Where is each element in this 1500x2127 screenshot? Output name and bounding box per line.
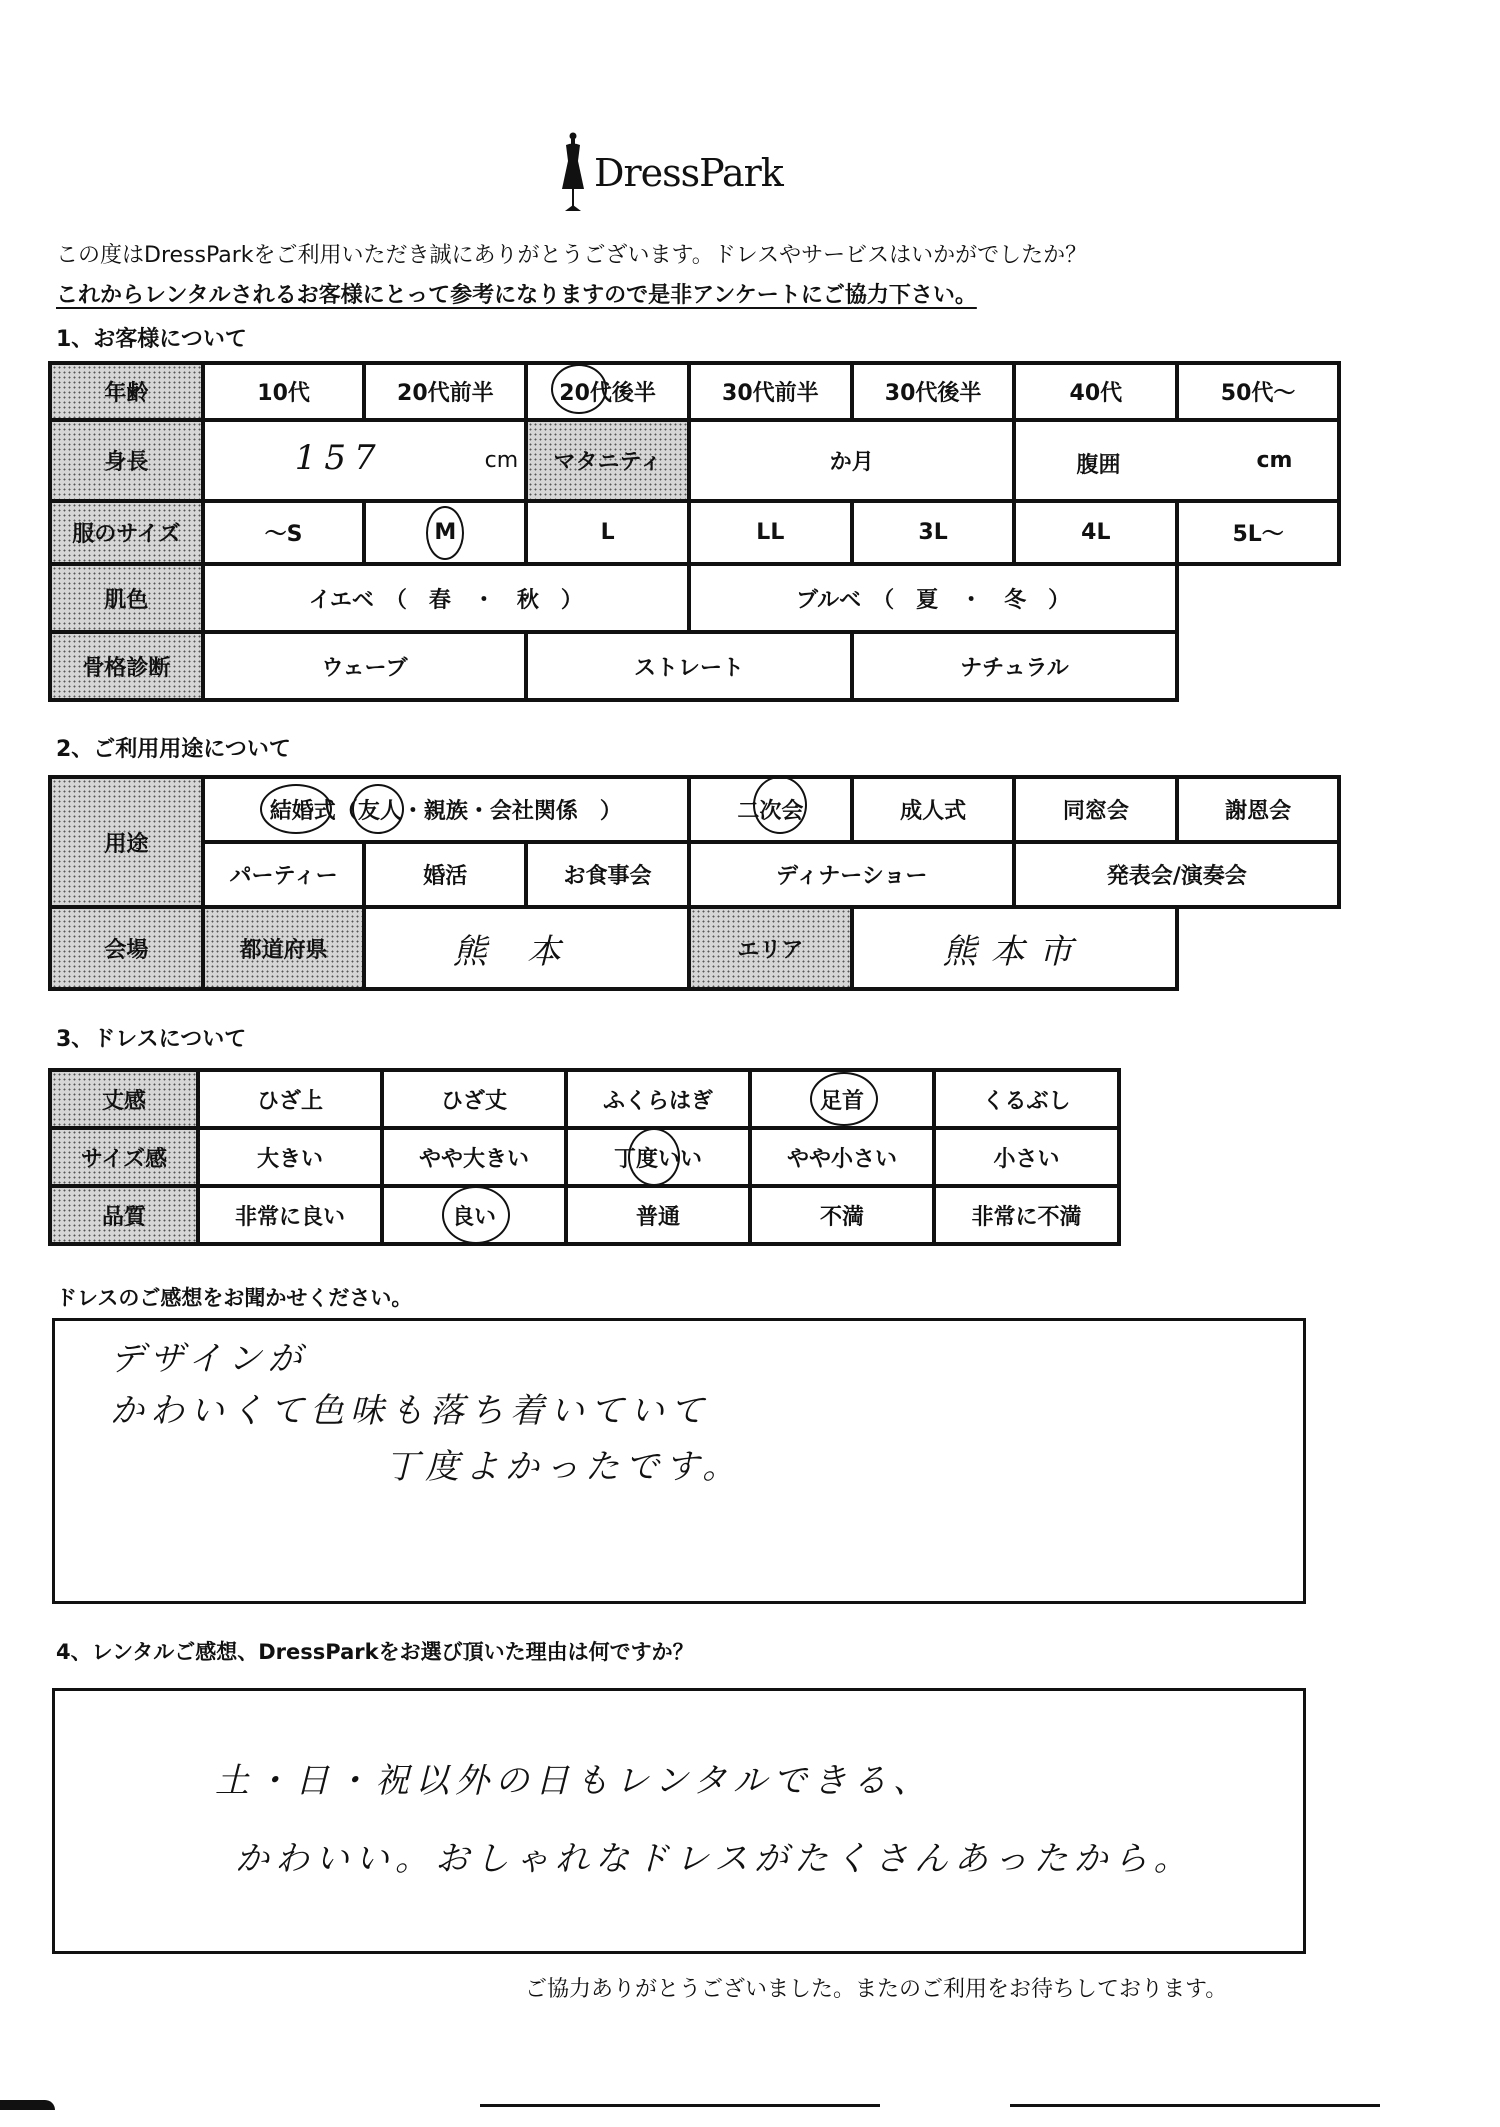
venue-label: 会場 [50,907,203,989]
height-label: 身長 [50,420,203,501]
purpose-dinner-show[interactable]: ディナーショー [689,842,1015,907]
quality-average[interactable]: 普通 [566,1186,750,1244]
area-field[interactable]: 熊本市 [852,907,1178,989]
height-unit: cm [485,448,519,473]
dress-feedback-textarea[interactable]: デザインが かわいくて色味も落ち着いていて 丁度よかったです。 [52,1318,1306,1604]
age-option-late-20s[interactable]: 20代後半 [526,363,689,420]
age-option-50s-plus[interactable]: 50代〜 [1177,363,1339,420]
rental-reason-textarea[interactable]: 土・日・祝以外の日もレンタルできる、 かわいい。おしゃれなドレスがたくさんあった… [52,1688,1306,1954]
venue-row: 会場 都道府県 熊本 エリア 熊本市 [50,907,1339,989]
purpose-reunion[interactable]: 同窓会 [1014,777,1177,842]
size-feel-slightly-large[interactable]: やや大きい [382,1128,566,1186]
age-option-early-30s[interactable]: 30代前半 [689,363,852,420]
length-option-ankle-label: 足首 [820,1089,864,1114]
wedding-friend-label: 友人 [358,799,402,824]
quality-very-unsatisfied[interactable]: 非常に不満 [934,1186,1119,1244]
age-option-40s[interactable]: 40代 [1014,363,1177,420]
size-feel-row: サイズ感 大きい やや大きい 丁度いい やや小さい 小さい [50,1128,1119,1186]
purpose-row-2: パーティー 婚活 お食事会 ディナーショー 発表会/演奏会 [50,842,1339,907]
maternity-label: マタニティ [526,420,689,501]
rental-reason-line-2: かわいい。おしゃれなドレスがたくさんあったから。 [235,1831,1194,1880]
body-type-row: 骨格診断 ウェーブ ストレート ナチュラル [50,632,1339,700]
clothing-size-label: 服のサイズ [50,501,203,564]
body-type-natural[interactable]: ナチュラル [852,632,1178,700]
prefecture-field[interactable]: 熊本 [364,907,689,989]
height-value: 157 [295,438,384,478]
size-feel-just-right[interactable]: 丁度いい [566,1128,750,1186]
after-party-label: 二次会 [737,799,803,824]
size-feel-slightly-small[interactable]: やや小さい [750,1128,934,1186]
dress-mannequin-icon [560,131,586,215]
section3-title: 3、ドレスについて [56,1022,246,1053]
dress-feedback-line-2: かわいくて色味も落ち着いていて [110,1383,710,1432]
quality-unsatisfied[interactable]: 不満 [750,1186,934,1244]
dress-feedback-question: ドレスのご感想をお聞かせください。 [56,1282,412,1312]
size-feel-large[interactable]: 大きい [198,1128,382,1186]
size-option-s[interactable]: 〜S [203,501,365,564]
purpose-wedding[interactable]: 結婚式（ 友人 ・親族・会社関係 ） [203,777,689,842]
age-option-10s[interactable]: 10代 [203,363,365,420]
scan-artifact [0,2100,55,2110]
purpose-dinner-party[interactable]: お食事会 [526,842,689,907]
skin-color-blue-base[interactable]: ブルベ （ 夏 ・ 冬 ） [689,564,1177,632]
size-option-4l[interactable]: 4L [1014,501,1177,564]
waist-label: 腹囲 [1076,448,1120,479]
area-label: エリア [689,907,852,989]
length-option-knee[interactable]: ひざ丈 [382,1070,566,1128]
quality-good[interactable]: 良い [382,1186,566,1244]
skin-color-row: 肌色 イエベ （ 春 ・ 秋 ） ブルベ （ 夏 ・ 冬 ） [50,564,1339,632]
dress-feedback-line-1: デザインが [110,1331,308,1380]
wedding-label: 結婚式（ [270,799,358,824]
prefecture-value: 熊本 [453,932,601,972]
size-option-m[interactable]: M [364,501,526,564]
quality-row: 品質 非常に良い 良い 普通 不満 非常に不満 [50,1186,1119,1244]
height-row: 身長 157 cm マタニティ か月 腹囲 cm [50,420,1339,501]
dress-table: 丈感 ひざ上 ひざ丈 ふくらはぎ 足首 くるぶし サイズ感 大きい やや大きい … [48,1068,1121,1246]
size-option-3l[interactable]: 3L [852,501,1015,564]
skin-color-label: 肌色 [50,564,203,632]
size-option-ll[interactable]: LL [689,501,852,564]
logo: DressPark [560,128,820,218]
quality-very-good[interactable]: 非常に良い [198,1186,382,1244]
size-option-l[interactable]: L [526,501,689,564]
body-type-straight[interactable]: ストレート [526,632,852,700]
intro-text: この度はDressParkをご利用いただき誠にありがとうございます。ドレスやサー… [56,238,1087,269]
size-feel-small[interactable]: 小さい [934,1128,1119,1186]
purpose-row-1: 用途 結婚式（ 友人 ・親族・会社関係 ） 二次会 成人式 同窓会 謝恩会 [50,777,1339,842]
age-option-late-20s-label: 20代後半 [559,381,656,406]
length-option-ankle-bone[interactable]: くるぶし [934,1070,1119,1128]
area-value: 熊本市 [942,932,1086,972]
quality-good-label: 良い [452,1205,496,1230]
prefecture-label: 都道府県 [203,907,365,989]
length-option-ankle[interactable]: 足首 [750,1070,934,1128]
age-option-late-30s[interactable]: 30代後半 [852,363,1015,420]
wedding-other-label: ・親族・会社関係 ） [402,799,622,824]
body-type-label: 骨格診断 [50,632,203,700]
age-label: 年齢 [50,363,203,420]
waist-field[interactable]: 腹囲 cm [1014,420,1339,501]
size-option-m-label: M [434,520,456,545]
maternity-months-field[interactable]: か月 [689,420,1015,501]
purpose-label: 用途 [50,777,203,907]
purpose-coming-of-age[interactable]: 成人式 [852,777,1015,842]
purpose-party[interactable]: パーティー [203,842,365,907]
body-type-wave[interactable]: ウェーブ [203,632,527,700]
quality-label: 品質 [50,1186,198,1244]
size-feel-just-right-label: 丁度いい [614,1147,702,1172]
age-option-early-20s[interactable]: 20代前半 [364,363,526,420]
purpose-konkatsu[interactable]: 婚活 [364,842,526,907]
waist-unit: cm [1256,448,1292,473]
thanks-message: ご協力ありがとうございました。またのご利用をお待ちしております。 [525,1972,1227,2003]
height-field[interactable]: 157 cm [203,420,527,501]
intro-request-text: これからレンタルされるお客様にとって参考になりますので是非アンケートにご協力下さ… [56,278,977,309]
purpose-thanks-party[interactable]: 謝恩会 [1177,777,1339,842]
length-option-calf[interactable]: ふくらはぎ [566,1070,750,1128]
length-option-above-knee[interactable]: ひざ上 [198,1070,382,1128]
purpose-recital[interactable]: 発表会/演奏会 [1014,842,1339,907]
section2-title: 2、ご利用用途について [56,732,291,763]
clothing-size-row: 服のサイズ 〜S M L LL 3L 4L 5L〜 [50,501,1339,564]
size-feel-label: サイズ感 [50,1128,198,1186]
months-unit: か月 [830,450,874,475]
size-option-5l-plus[interactable]: 5L〜 [1177,501,1339,564]
logo-text: DressPark [594,151,783,195]
section1-title: 1、お客様について [56,322,247,353]
usage-table: 用途 結婚式（ 友人 ・親族・会社関係 ） 二次会 成人式 同窓会 謝恩会 パー… [48,775,1341,991]
skin-color-yellow-base[interactable]: イエベ （ 春 ・ 秋 ） [203,564,689,632]
rental-reason-line-1: 土・日・祝以外の日もレンタルできる、 [215,1753,933,1802]
length-label: 丈感 [50,1070,198,1128]
scan-artifact [1010,2104,1380,2107]
dress-feedback-line-3: 丁度よかったです。 [385,1439,742,1488]
length-row: 丈感 ひざ上 ひざ丈 ふくらはぎ 足首 くるぶし [50,1070,1119,1128]
purpose-after-party[interactable]: 二次会 [689,777,852,842]
section4-title: 4、レンタルご感想、DressParkをお選び頂いた理由は何ですか？ [56,1636,694,1666]
scan-artifact [480,2104,880,2107]
age-row: 年齢 10代 20代前半 20代後半 30代前半 30代後半 40代 50代〜 [50,363,1339,420]
customer-info-table: 年齢 10代 20代前半 20代後半 30代前半 30代後半 40代 50代〜 … [48,361,1341,702]
